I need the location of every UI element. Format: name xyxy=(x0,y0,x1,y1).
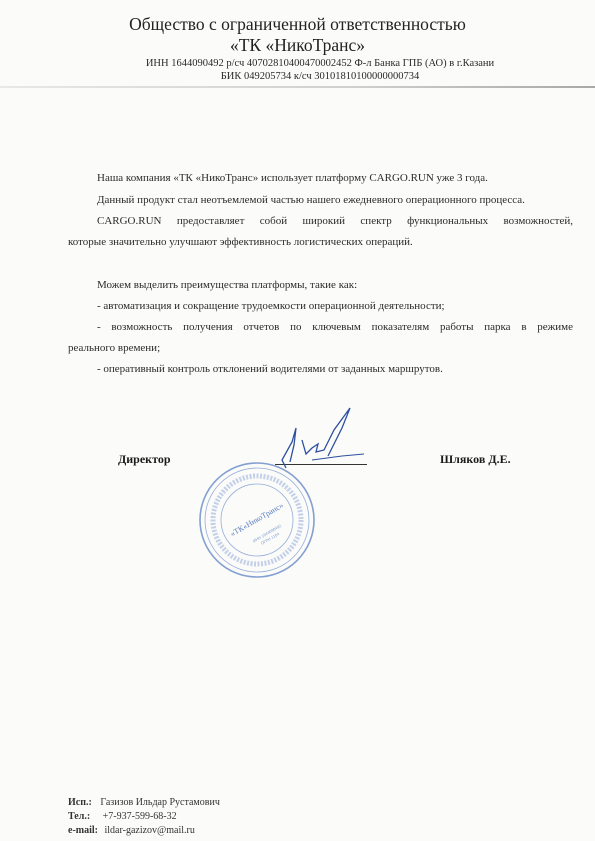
phone-row: Тел.: +7-937-599-68-32 xyxy=(68,811,177,822)
paragraph-3-line1: CARGO.RUN предоставляет собой широкий сп… xyxy=(97,216,573,227)
advantage-item: - оперативный контроль отклонений водите… xyxy=(97,364,443,375)
advantages-intro: Можем выделить преимущества платформы, т… xyxy=(97,280,357,291)
letterhead-divider xyxy=(0,86,595,88)
bank-requisites-line2: БИК 049205734 к/сч 30101810100000000734 xyxy=(0,71,595,82)
email-row: e-mail: ildar-gazizov@mail.ru xyxy=(68,825,195,836)
advantage-item: - возможность получения отчетов по ключе… xyxy=(97,322,573,333)
signatory-position: Директор xyxy=(118,452,171,467)
phone-label: Тел.: xyxy=(68,811,90,822)
paragraph-2: Данный продукт стал неотъемлемой частью … xyxy=(97,195,525,206)
paragraph-1: Наша компания «ТК «НикоТранс» использует… xyxy=(97,173,488,184)
phone-value: +7-937-599-68-32 xyxy=(103,811,177,822)
bank-requisites-line1: ИНН 1644090492 р/сч 40702810400470002452… xyxy=(0,58,595,69)
executor-row: Исп.: Газизов Ильдар Рустамович xyxy=(68,797,220,808)
company-stamp-icon: «ТК«НикоТранс» ИНН 1644090492 ОГРН 1164 xyxy=(197,460,317,580)
signature-icon xyxy=(272,400,382,475)
email-label: e-mail: xyxy=(68,825,98,836)
company-name: «ТК «НикоТранс» xyxy=(0,35,595,56)
email-value[interactable]: ildar-gazizov@mail.ru xyxy=(105,825,195,836)
advantage-item: - автоматизация и сокращение трудоемкост… xyxy=(97,301,445,312)
paragraph-3-line2: которые значительно улучшают эффективнос… xyxy=(68,237,413,248)
executor-name: Газизов Ильдар Рустамович xyxy=(100,797,220,808)
executor-label: Исп.: xyxy=(68,797,92,808)
advantage-item-continued: реального времени; xyxy=(68,343,160,354)
signatory-name: Шляков Д.Е. xyxy=(440,452,511,467)
company-form-title: Общество с ограниченной ответственностью xyxy=(0,14,595,35)
